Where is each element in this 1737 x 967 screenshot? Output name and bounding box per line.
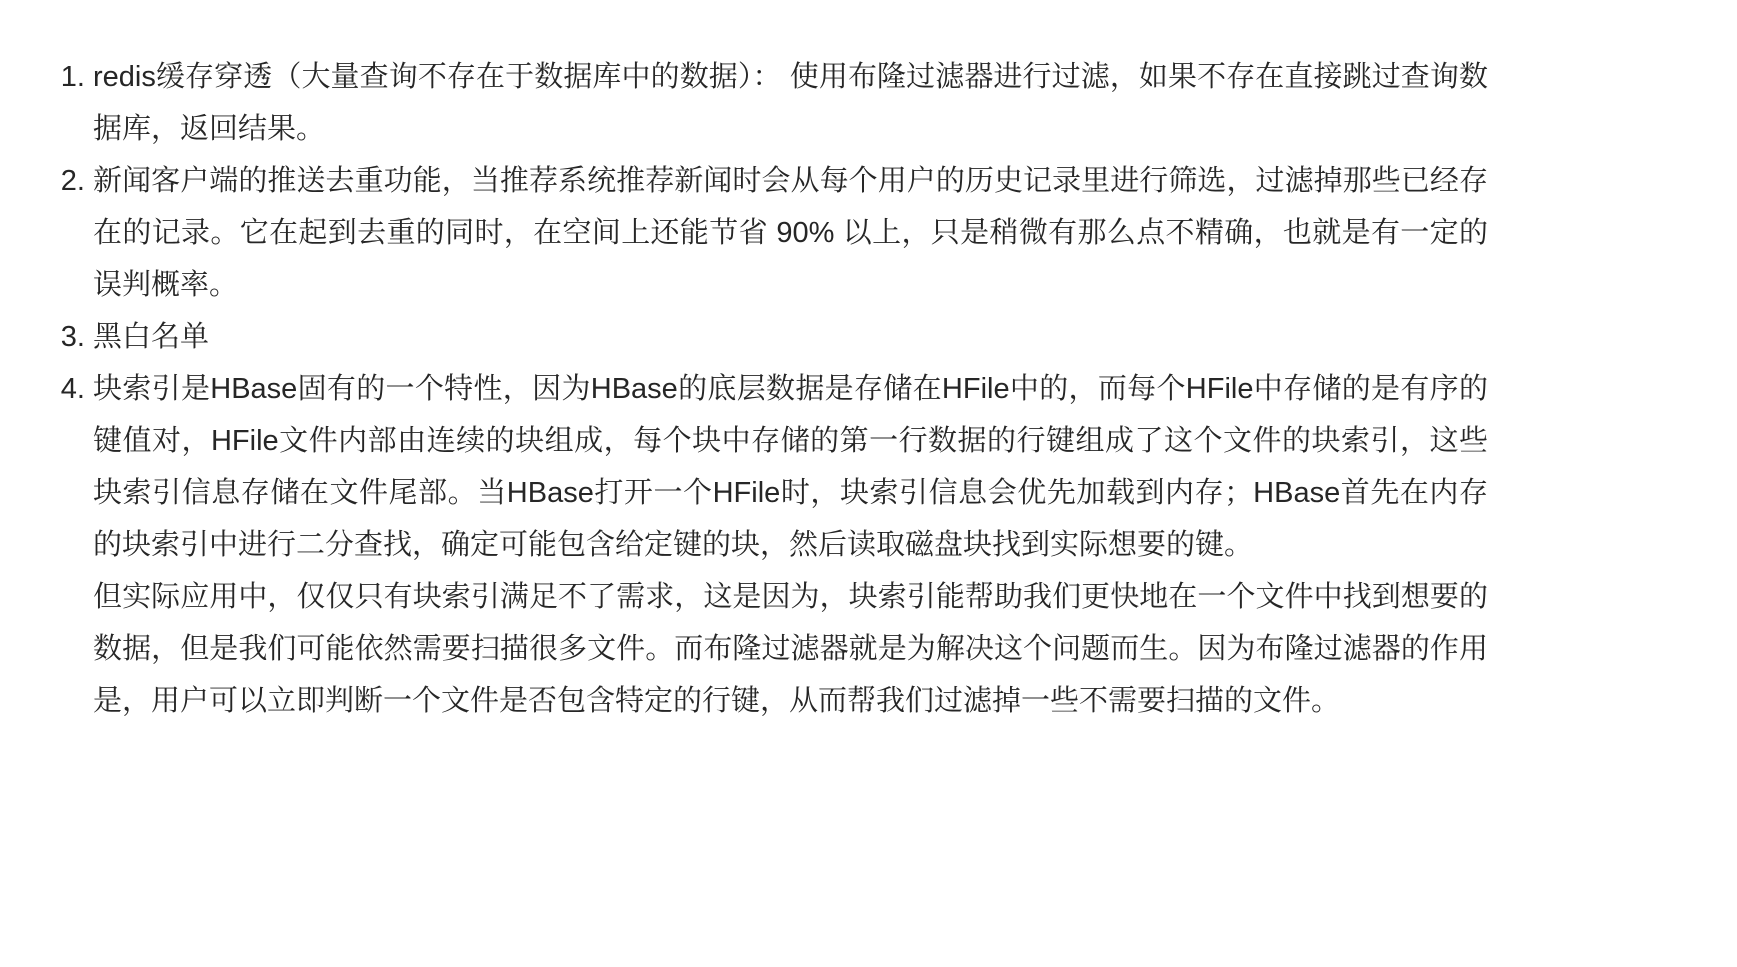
list-item: 块索引是HBase固有的一个特性，因为HBase的底层数据是存储在HFile中的… bbox=[93, 363, 1488, 727]
list-item-paragraph: 新闻客户端的推送去重功能，当推荐系统推荐新闻时会从每个用户的历史记录里进行筛选，… bbox=[93, 155, 1488, 311]
document-page: redis缓存穿透（大量查询不存在于数据库中的数据）： 使用布隆过滤器进行过滤，… bbox=[0, 0, 1737, 727]
list-item-paragraph: 但实际应用中，仅仅只有块索引满足不了需求，这是因为，块索引能帮助我们更快地在一个… bbox=[93, 571, 1488, 727]
list-item: 新闻客户端的推送去重功能，当推荐系统推荐新闻时会从每个用户的历史记录里进行筛选，… bbox=[93, 155, 1488, 311]
list-item-paragraph: 黑白名单 bbox=[93, 311, 1488, 363]
list-item-paragraph: redis缓存穿透（大量查询不存在于数据库中的数据）： 使用布隆过滤器进行过滤，… bbox=[93, 51, 1488, 155]
list-item: 黑白名单 bbox=[93, 311, 1488, 363]
list-item: redis缓存穿透（大量查询不存在于数据库中的数据）： 使用布隆过滤器进行过滤，… bbox=[93, 51, 1488, 155]
list-item-paragraph: 块索引是HBase固有的一个特性，因为HBase的底层数据是存储在HFile中的… bbox=[93, 363, 1488, 571]
numbered-list: redis缓存穿透（大量查询不存在于数据库中的数据）： 使用布隆过滤器进行过滤，… bbox=[59, 51, 1488, 727]
